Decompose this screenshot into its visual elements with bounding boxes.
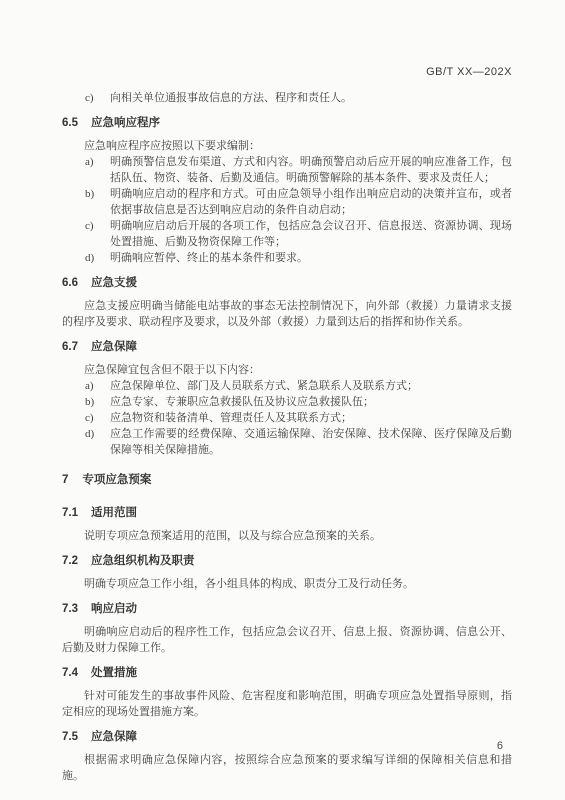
list-item-label: c) — [85, 218, 110, 250]
list-item-text: 应急专家、专兼职应急救援队伍及协议应急救援队伍； — [110, 394, 512, 410]
list-item-label: b) — [85, 186, 110, 218]
list-item: a) 明确预警信息发布渠道、方式和内容。明确预警启动后应开展的响应准备工作，包括… — [62, 154, 512, 186]
section-number: 7.4 — [62, 667, 78, 679]
list-item: d) 明确响应暂停、终止的基本条件和要求。 — [62, 250, 512, 266]
section-body-6-6: 应急支援应明确当储能电站事故的事态无法控制情况下，向外部（救援）力量请求支援的程… — [62, 298, 512, 330]
list-item-label: a) — [85, 378, 110, 394]
section-number: 7.1 — [62, 507, 78, 519]
list-item-text: 明确响应暂停、终止的基本条件和要求。 — [110, 250, 512, 266]
list-item-text: 应急物资和装备清单、管理责任人及其联系方式； — [110, 410, 512, 426]
list-item-text: 向相关单位通报事故信息的方法、程序和责任人。 — [110, 90, 512, 106]
list-item: d) 应急工作需要的经费保障、交通运输保障、治安保障、技术保障、医疗保障及后勤保… — [62, 426, 512, 458]
section-body-7-5: 根据需求明确应急保障内容，按照综合应急预案的要求编写详细的保障相关信息和措施。 — [62, 752, 512, 784]
section-title: 应急保障 — [91, 341, 137, 353]
list-6-7: a) 应急保障单位、部门及人员联系方式、紧急联系人及联系方式； b) 应急专家、… — [62, 378, 512, 458]
section-title: 应急组织机构及职责 — [91, 555, 195, 567]
chapter-title: 专项应急预案 — [82, 474, 151, 486]
section-number: 7.3 — [62, 603, 78, 615]
section-heading-6-6: 6.6应急支援 — [62, 275, 512, 291]
list-item-text: 明确响应启动的程序和方式。可由应急领导小组作出响应启动的决策并宣布，或者依据事故… — [110, 186, 512, 218]
section-heading-6-7: 6.7应急保障 — [62, 339, 512, 355]
section-number: 6.7 — [62, 341, 78, 353]
list-item-text: 明确预警信息发布渠道、方式和内容。明确预警启动后应开展的响应准备工作，包括队伍、… — [110, 154, 512, 186]
list-intro-6-7: 应急保障宜包含但不限于以下内容： — [62, 362, 512, 378]
section-title: 处置措施 — [91, 667, 137, 679]
list-item-text: 应急保障单位、部门及人员联系方式、紧急联系人及联系方式； — [110, 378, 512, 394]
chapter-number: 7 — [62, 474, 68, 486]
section-heading-7-3: 7.3响应启动 — [62, 601, 512, 617]
list-item-label: c) — [85, 90, 110, 106]
section-heading-7-5: 7.5应急保障 — [62, 729, 512, 745]
section-heading-7-2: 7.2应急组织机构及职责 — [62, 553, 512, 569]
section-body-7-4: 针对可能发生的事故事件风险、危害程度和影响范围，明确专项应急处置指导原则，指定相… — [62, 688, 512, 720]
section-title: 适用范围 — [91, 507, 137, 519]
section-heading-6-5: 6.5应急响应程序 — [62, 115, 512, 131]
document-content: GB/T XX—202X c) 向相关单位通报事故信息的方法、程序和责任人。 6… — [62, 64, 512, 789]
section-title: 响应启动 — [91, 603, 137, 615]
list-item-label: b) — [85, 394, 110, 410]
section-title: 应急响应程序 — [91, 117, 160, 129]
section-heading-7-1: 7.1适用范围 — [62, 505, 512, 521]
section-title: 应急保障 — [91, 731, 137, 743]
list-item: c) 应急物资和装备清单、管理责任人及其联系方式； — [62, 410, 512, 426]
doc-code-header: GB/T XX—202X — [62, 64, 512, 80]
section-number: 7.5 — [62, 731, 78, 743]
list-item-label: c) — [85, 410, 110, 426]
section-number: 7.2 — [62, 555, 78, 567]
section-heading-7-4: 7.4处置措施 — [62, 665, 512, 681]
section-body-7-2: 明确专项应急工作小组，各小组具体的构成、职责分工及行动任务。 — [62, 576, 512, 592]
list-item-label: d) — [85, 250, 110, 266]
list-intro-6-5: 应急响应程序应按照以下要求编制： — [62, 138, 512, 154]
list-item: c) 明确响应启动后开展的各项工作，包括应急会议召开、信息报送、资源协调、现场处… — [62, 218, 512, 250]
list-item-prev-c: c) 向相关单位通报事故信息的方法、程序和责任人。 — [62, 90, 512, 106]
list-item: a) 应急保障单位、部门及人员联系方式、紧急联系人及联系方式； — [62, 378, 512, 394]
section-number: 6.6 — [62, 277, 78, 289]
list-6-5: a) 明确预警信息发布渠道、方式和内容。明确预警启动后应开展的响应准备工作，包括… — [62, 154, 512, 266]
section-number: 6.5 — [62, 117, 78, 129]
list-item-text: 应急工作需要的经费保障、交通运输保障、治安保障、技术保障、医疗保障及后勤保障等相… — [110, 426, 512, 458]
list-item-label: d) — [85, 426, 110, 458]
section-title: 应急支援 — [91, 277, 137, 289]
section-body-7-1: 说明专项应急预案适用的范围，以及与综合应急预案的关系。 — [62, 528, 512, 544]
document-page: GB/T XX—202X c) 向相关单位通报事故信息的方法、程序和责任人。 6… — [0, 0, 565, 800]
list-item-label: a) — [85, 154, 110, 186]
list-item: b) 应急专家、专兼职应急救援队伍及协议应急救援队伍； — [62, 394, 512, 410]
list-item: b) 明确响应启动的程序和方式。可由应急领导小组作出响应启动的决策并宣布，或者依… — [62, 186, 512, 218]
list-item-text: 明确响应启动后开展的各项工作，包括应急会议召开、信息报送、资源协调、现场处置措施… — [110, 218, 512, 250]
page-number: 6 — [497, 738, 503, 754]
chapter-heading-7: 7专项应急预案 — [62, 472, 512, 488]
section-body-7-3: 明确响应启动后的程序性工作，包括应急会议召开、信息上报、资源协调、信息公开、后勤… — [62, 624, 512, 656]
